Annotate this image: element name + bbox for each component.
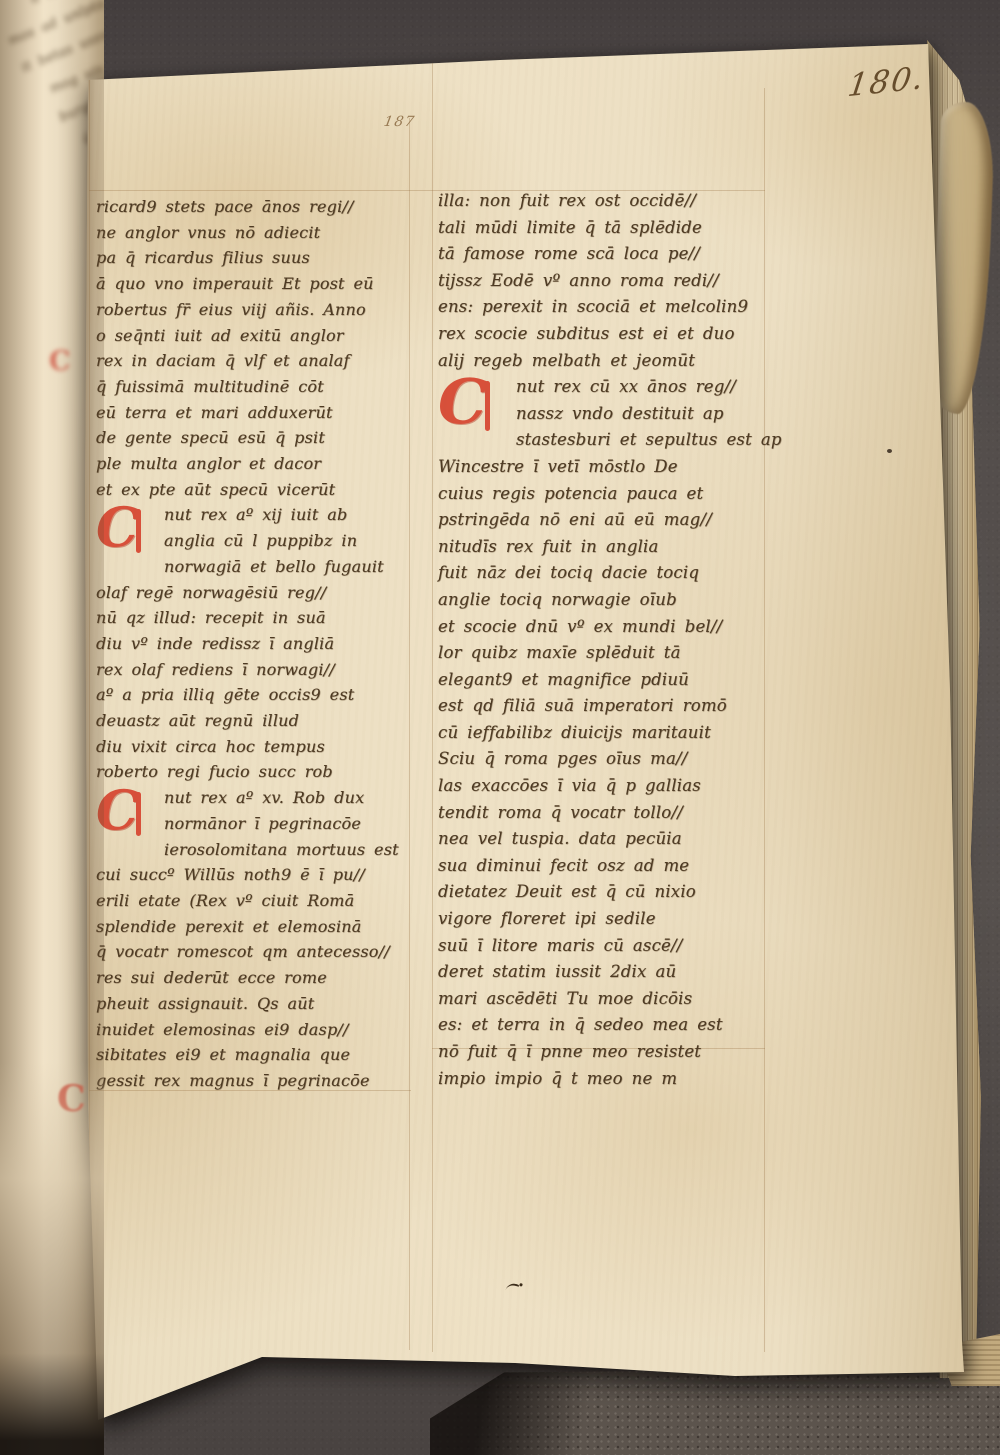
text-line: nea vel tuspia. data pecūia bbox=[438, 826, 768, 853]
text-line: anglia cū l puppibz in bbox=[96, 528, 410, 554]
text-line: gessit rex magnus ī pegrinacōe bbox=[96, 1068, 410, 1094]
text-line: tijssz Eodē vº anno roma redi// bbox=[438, 268, 768, 295]
text-line: alij regeb melbath et jeomūt bbox=[438, 348, 768, 375]
text-line: lor quibz maxīe splēduit tā bbox=[438, 640, 768, 667]
paragraph: Cnut rex aº xij iuit abanglia cū l puppi… bbox=[96, 502, 410, 785]
text-line: nassz vndo destituit ap bbox=[438, 401, 768, 428]
text-line: ierosolomitana mortuus est bbox=[96, 837, 410, 863]
text-line: est qd filiā suā imperatori romō bbox=[438, 693, 768, 720]
paragraph: Cnut rex aº xv. Rob duxnormānor ī pegrin… bbox=[96, 785, 410, 1093]
text-line: de gente specū esū q̄ psit bbox=[96, 425, 410, 451]
text-line: Wincestre ī vetī mōstlo De bbox=[438, 454, 768, 481]
text-line: cū ieffabilibz diuicijs maritauit bbox=[438, 720, 768, 747]
text-line: ne anglor vnus nō adiecit bbox=[96, 220, 410, 246]
text-line: vigore floreret ipi sedile bbox=[438, 906, 768, 933]
text-line: ple multa anglor et dacor bbox=[96, 451, 410, 477]
text-line: pa q̄ ricardus filius suus bbox=[96, 245, 410, 271]
text-line: robertus fr̄ eius viij añis. Anno bbox=[96, 297, 410, 323]
text-line: dietatez Deuit est q̄ cū nixio bbox=[438, 879, 768, 906]
text-column-left: ricard9 stets pace ānos regi//ne anglor … bbox=[96, 194, 410, 1094]
text-line: q̄ vocatr romescot qm antecesso// bbox=[96, 939, 410, 965]
text-line: et scocie dnū vº ex mundi bel// bbox=[438, 614, 768, 641]
ink-dot bbox=[887, 449, 892, 453]
text-line: nut rex cū xx ānos reg// bbox=[438, 374, 768, 401]
paragraph: ricard9 stets pace ānos regi//ne anglor … bbox=[96, 194, 410, 502]
text-line: tā famose rome scā loca pe// bbox=[438, 241, 768, 268]
rubricated-initial: C bbox=[96, 505, 160, 555]
text-line: o seq̄nti iuit ad exitū anglor bbox=[96, 323, 410, 349]
text-line: olaf regē norwagēsiū reg// bbox=[96, 580, 410, 606]
ruling-line-horizontal bbox=[432, 1048, 765, 1049]
text-line: es: et terra in q̄ sedeo mea est bbox=[438, 1012, 768, 1039]
rubricated-initial: C bbox=[438, 377, 512, 431]
text-line: pheuit assignauit. Qs aūt bbox=[96, 991, 410, 1017]
text-line: cui succº Willūs noth9 ē ī pu// bbox=[96, 862, 410, 888]
text-line: roberto regi fucio succ rob bbox=[96, 759, 410, 785]
text-line: deret statim iussit 2dix aū bbox=[438, 959, 768, 986]
ink-mark bbox=[505, 1282, 520, 1297]
text-line: fuit nāz dei tociq dacie tociq bbox=[438, 560, 768, 587]
text-line: pstringēda nō eni aū eū mag// bbox=[438, 507, 768, 534]
text-line: et ex pte aūt specū vicerūt bbox=[96, 477, 410, 503]
manuscript-page: 180. 187 ricard9 stets pace ānos regi//n… bbox=[0, 0, 1000, 1455]
text-line: las exaccōes ī via q̄ p gallias bbox=[438, 773, 768, 800]
text-line: norwagiā et bello fugauit bbox=[96, 554, 410, 580]
ruling-line-vertical bbox=[432, 60, 433, 1352]
text-line: sua diminui fecit osz ad me bbox=[438, 853, 768, 880]
text-line: normānor ī pegrinacōe bbox=[96, 811, 410, 837]
facing-page-shading bbox=[0, 0, 104, 1455]
ruling-line-horizontal bbox=[89, 1090, 411, 1091]
text-line: impio impio q̄ t meo ne m bbox=[438, 1066, 768, 1093]
text-line: suū ī litore maris cū ascē// bbox=[438, 933, 768, 960]
text-line: ricard9 stets pace ānos regi// bbox=[96, 194, 410, 220]
text-line: nū qz illud: recepit in suā bbox=[96, 605, 410, 631]
ruling-line-vertical bbox=[409, 118, 410, 1350]
text-line: stastesburi et sepultus est ap bbox=[438, 427, 768, 454]
text-line: rex in daciam q̄ vlf et analaf bbox=[96, 348, 410, 374]
text-line: ens: perexit in scociā et melcolin9 bbox=[438, 294, 768, 321]
text-line: rex olaf rediens ī norwagi// bbox=[96, 657, 410, 683]
text-line: res sui dederūt ecce rome bbox=[96, 965, 410, 991]
text-line: inuidet elemosinas ei9 dasp// bbox=[96, 1017, 410, 1043]
folio-number: 180. bbox=[846, 60, 928, 105]
text-line: nut rex aº xij iuit ab bbox=[96, 502, 410, 528]
text-line: nut rex aº xv. Rob dux bbox=[96, 785, 410, 811]
text-line: deuastz aūt regnū illud bbox=[96, 708, 410, 734]
text-line: tali mūdi limite q̄ tā splēdide bbox=[438, 215, 768, 242]
text-line: nitudīs rex fuit in anglia bbox=[438, 534, 768, 561]
text-line: anglie tociq norwagie oīub bbox=[438, 587, 768, 614]
text-line: cuius regis potencia pauca et bbox=[438, 481, 768, 508]
page-shadow-wrap: 180. 187 ricard9 stets pace ānos regi//n… bbox=[0, 0, 1000, 1455]
ruling-line-horizontal bbox=[89, 190, 765, 191]
faint-page-number: 187 bbox=[383, 114, 417, 130]
text-line: aº a pria illiq gēte occis9 est bbox=[96, 682, 410, 708]
text-column-right: illa: non fuit rex ost occidē//tali mūdi… bbox=[438, 188, 768, 1092]
text-line: elegant9 et magnifice pdiuū bbox=[438, 667, 768, 694]
text-line: erili etate (Rex vº ciuit Romā bbox=[96, 888, 410, 914]
text-line: eū terra et mari adduxerūt bbox=[96, 400, 410, 426]
text-line: ā quo vno imperauit Et post eū bbox=[96, 271, 410, 297]
text-line: sibitates ei9 et magnalia que bbox=[96, 1042, 410, 1068]
text-line: diu vixit circa hoc tempus bbox=[96, 734, 410, 760]
text-line: illa: non fuit rex ost occidē// bbox=[438, 188, 768, 215]
text-line: q̄ fuissimā multitudinē cōt bbox=[96, 374, 410, 400]
text-line: splendide perexit et elemosinā bbox=[96, 914, 410, 940]
facing-page-edge: um not pude boñ capl sig bonrmos ad unlp… bbox=[0, 0, 104, 1455]
paragraph: Cnut rex cū xx ānos reg//nassz vndo dest… bbox=[438, 374, 768, 1092]
text-line: nō fuit q̄ ī pnne meo resistet bbox=[438, 1039, 768, 1066]
rubricated-initial: C bbox=[96, 788, 160, 838]
manuscript-photo: um not pude boñ capl sig bonrmos ad unlp… bbox=[0, 0, 1000, 1455]
text-line: mari ascēdēti Tu moe dicōis bbox=[438, 986, 768, 1013]
text-line: rex scocie subditus est ei et duo bbox=[438, 321, 768, 348]
text-line: Sciu q̄ roma pges oīus ma// bbox=[438, 746, 768, 773]
ruling-line-vertical bbox=[764, 88, 765, 1352]
text-line: diu vº inde redissz ī angliā bbox=[96, 631, 410, 657]
paragraph: illa: non fuit rex ost occidē//tali mūdi… bbox=[438, 188, 768, 374]
text-line: tendit roma q̄ vocatr tollo// bbox=[438, 800, 768, 827]
